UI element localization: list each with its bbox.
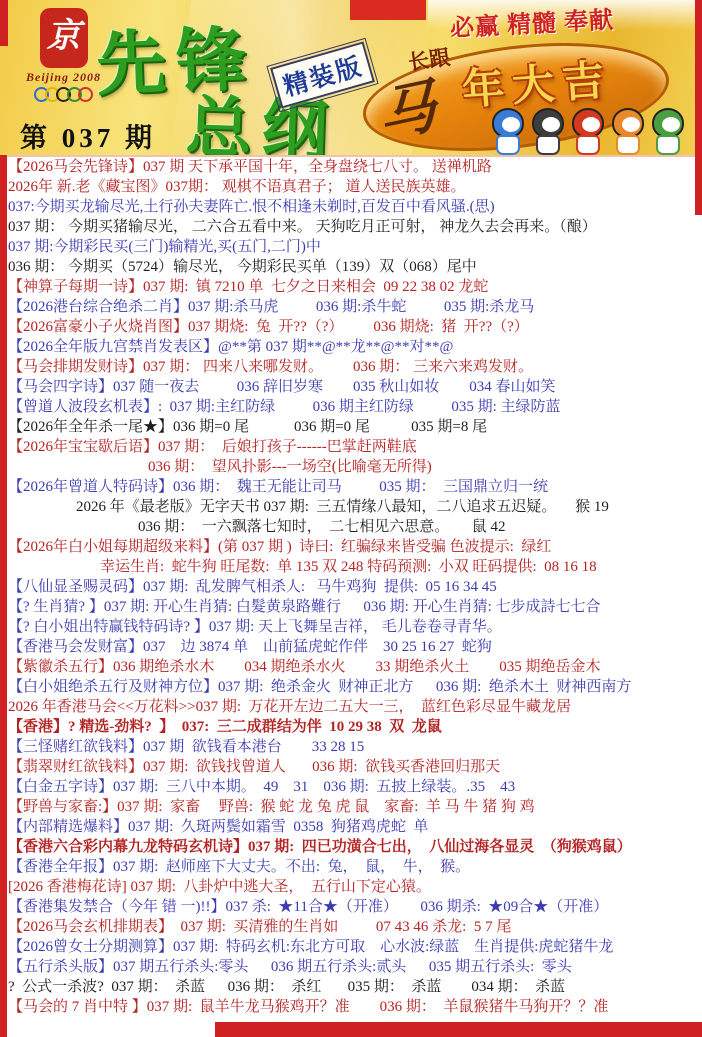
text-line: 【翡翠财红欲钱料】037 期: 欲钱找曾道人 036 期: 欲钱买香港回归那天	[8, 757, 702, 777]
text-line: 【2026马会玄机排期表】 037 期: 买清雅的生肖如 07 43 46 杀龙…	[8, 917, 702, 937]
text-line: 037:今期买龙输尽光,土行孙夫妻阵亡.恨不相逢未剃时,百发百中看风骚.(思)	[8, 197, 702, 217]
text-line: 【紫徽杀五行】036 期绝杀水木 034 期绝杀水火 33 期绝杀火土 035 …	[8, 657, 702, 677]
text-line: 【2026港台综合绝杀二肖】037 期:杀马虎 036 期:杀牛蛇 035 期:…	[8, 297, 702, 317]
text-line: 【内部精选爆料】037 期: 久斑两鬓如霜雪 0358 狗猪鸡虎蛇 单	[8, 817, 702, 837]
text-line: ? 公式一杀波? 037 期： 杀蓝 036 期： 杀红 035 期： 杀蓝 0…	[8, 977, 702, 997]
text-line: 【香港马会发财富】037 边 3874 单 山前猛虎蛇作伴 30 25 16 2…	[8, 637, 702, 657]
red-strip-top-left	[0, 0, 8, 46]
banner: 京 Beijing 2008 先锋 总纲 精装版 第 037 期 必赢 精髓 奉…	[0, 0, 702, 157]
text-line: 036 期： 望风扑影---一场空(比喻毫无所得)	[8, 457, 702, 477]
fuwa-black-icon	[529, 108, 563, 154]
text-line: 【2026全年版九宫禁肖发表区】@**第 037 期**@**龙**@**对**…	[8, 337, 702, 357]
text-line: 幸运生肖: 蛇牛狗 旺尾数: 单 135 双 248 特码预测: 小双 旺码提供…	[8, 557, 702, 577]
text-line: 036 期： 今期买（5724）输尽光， 今期彩民买单（139）双（068）尾中	[8, 257, 702, 277]
text-line: 【2026年全年杀一尾★】036 期=0 尾 036 期=0 尾 035 期=8…	[8, 417, 702, 437]
text-line: 【2026曾女士分期测算】037 期: 特码玄机:东北方可取 心水波:绿蓝 生肖…	[8, 937, 702, 957]
text-line: 【2026马会先锋诗】037 期 天下承平国十年，全身盘绕七八寸。 送禅机路	[8, 157, 702, 177]
text-line: 【香港】? 精选-劲料? 】 037: 三二成群结为伴 10 29 38 双 龙…	[8, 717, 702, 737]
banner-slogan-main: 年大吉	[460, 47, 614, 117]
page: 京 Beijing 2008 先锋 总纲 精装版 第 037 期 必赢 精髓 奉…	[0, 0, 702, 1037]
banner-slogan-top: 必赢 精髓 奉献	[449, 0, 615, 43]
text-line: 037 期:今期彩民买(三门)输精光,买(五门,二门)中	[8, 237, 702, 257]
fuwa-red-icon	[569, 108, 603, 154]
text-line: 【三怪赌红欲钱料】037 期 欲钱看本港台 33 28 15	[8, 737, 702, 757]
text-line: 【2026年曾道人特码诗】036 期： 魏王无能让司马 035 期： 三国鼎立归…	[8, 477, 702, 497]
fuwa-orange-icon	[609, 108, 643, 154]
text-line: [2026 香港梅花诗] 037 期: 八卦炉中逃大圣， 五行山下定心猿。	[8, 877, 702, 897]
text-line: 【白金五字诗】037 期: 三八中本期。 49 31 036 期: 五披上绿装。…	[8, 777, 702, 797]
text-line: 【五行杀头版】037 期五行杀头:零头 036 期五行杀头:贰头 035 期五行…	[8, 957, 702, 977]
text-line: 【香港集发禁合（今年 错 一)!!】037 杀: ★11合★（开准） 036 期…	[8, 897, 702, 917]
olympic-ring	[78, 87, 93, 102]
banner-horse-character: 马	[376, 58, 439, 155]
text-line: 【2026年白小姐每期超级来料】(第 037 期 ) 诗曰: 红骗绿来皆受骗 色…	[8, 537, 702, 557]
fuwa-mascots-row	[486, 108, 686, 154]
text-line: 2026 年《最老版》无字天书 037 期: 三五情缘八最知，二八追求五迟疑。 …	[8, 497, 702, 517]
text-line: 【? 生肖猜? 】037 期: 开心生肖猜: 白髮黄泉路難行 036 期: 开心…	[8, 597, 702, 617]
text-line: 2026年 新.老《藏宝图》037期： 观棋不语真君子； 道人送民族英雄。	[8, 177, 702, 197]
text-line: 【野兽与家畜:】037 期: 家畜 野兽: 猴 蛇 龙 兔 虎 鼠 家畜: 羊 …	[8, 797, 702, 817]
fuwa-green-icon	[649, 108, 683, 154]
text-line: 036 期： 一六飘落七知时， 二七相见六思意。 鼠 42	[8, 517, 702, 537]
issue-number: 第 037 期	[20, 116, 156, 155]
olympic-seal-icon: 京	[40, 8, 88, 68]
red-strip-left	[0, 155, 7, 1037]
text-line: 【白小姐绝杀五行及财神方位】037 期: 绝杀金火 财神正北方 036 期: 绝…	[8, 677, 702, 697]
content-lines: 【2026马会先锋诗】037 期 天下承平国十年，全身盘绕七八寸。 送禅机路20…	[8, 157, 702, 1017]
text-line: 【2026富豪小子火烧肖图】037 期烧: 兔 开??（?） 036 期烧: 猪…	[8, 317, 702, 337]
text-line: 【八仙显圣赐灵码】037 期: 乱发脾气相杀人: 马牛鸡狗 提供: 05 16 …	[8, 577, 702, 597]
text-line: 【马会四字诗】037 随一夜去 036 辞旧岁寒 035 秋山如妆 034 春山…	[8, 377, 702, 397]
text-line: 【香港全年报】037 期: 赵师座下大丈夫。不出: 兔， 鼠， 牛， 猴。	[8, 857, 702, 877]
text-line: 037 期： 今期买猪输尽光， 二六合五看中来。 天狗吃月正可射， 神龙久去会再…	[8, 217, 702, 237]
banner-red-block	[350, 0, 426, 20]
text-line: 【马会排期发财诗】037 期： 四来八来哪发财。 036 期： 三来六来鸡发财。	[8, 357, 702, 377]
text-line: 2026 年香港马会<<万花料>>037 期: 万花开左边二五大一三， 蓝红色彩…	[8, 697, 702, 717]
text-line: 【曾道人波段玄机表】: 037 期:主红防绿 036 期主红防绿 035 期: …	[8, 397, 702, 417]
text-line: 【马会的 7 肖中特 】037 期: 鼠羊牛龙马猴鸡开？准 036 期： 羊鼠猴…	[8, 997, 702, 1017]
text-line: 【2026年宝宝歇后语】037 期： 后娘打孩子------巴掌赶两鞋底	[8, 437, 702, 457]
text-line: 【神算子每期一诗】037 期: 镇 7210 单 七夕之日来相会 09 22 3…	[8, 277, 702, 297]
text-line: 【? 白小姐出特赢钱特码诗? 】037 期: 天上飞舞呈吉祥， 毛儿卷卷寻青华。	[8, 617, 702, 637]
text-line: 【香港六合彩内幕九龙特码玄机诗】037 期: 四已功潢合七出， 八仙过海各显灵 …	[8, 837, 702, 857]
red-strip-bottom	[215, 1022, 702, 1037]
fuwa-blue-icon	[489, 108, 523, 154]
